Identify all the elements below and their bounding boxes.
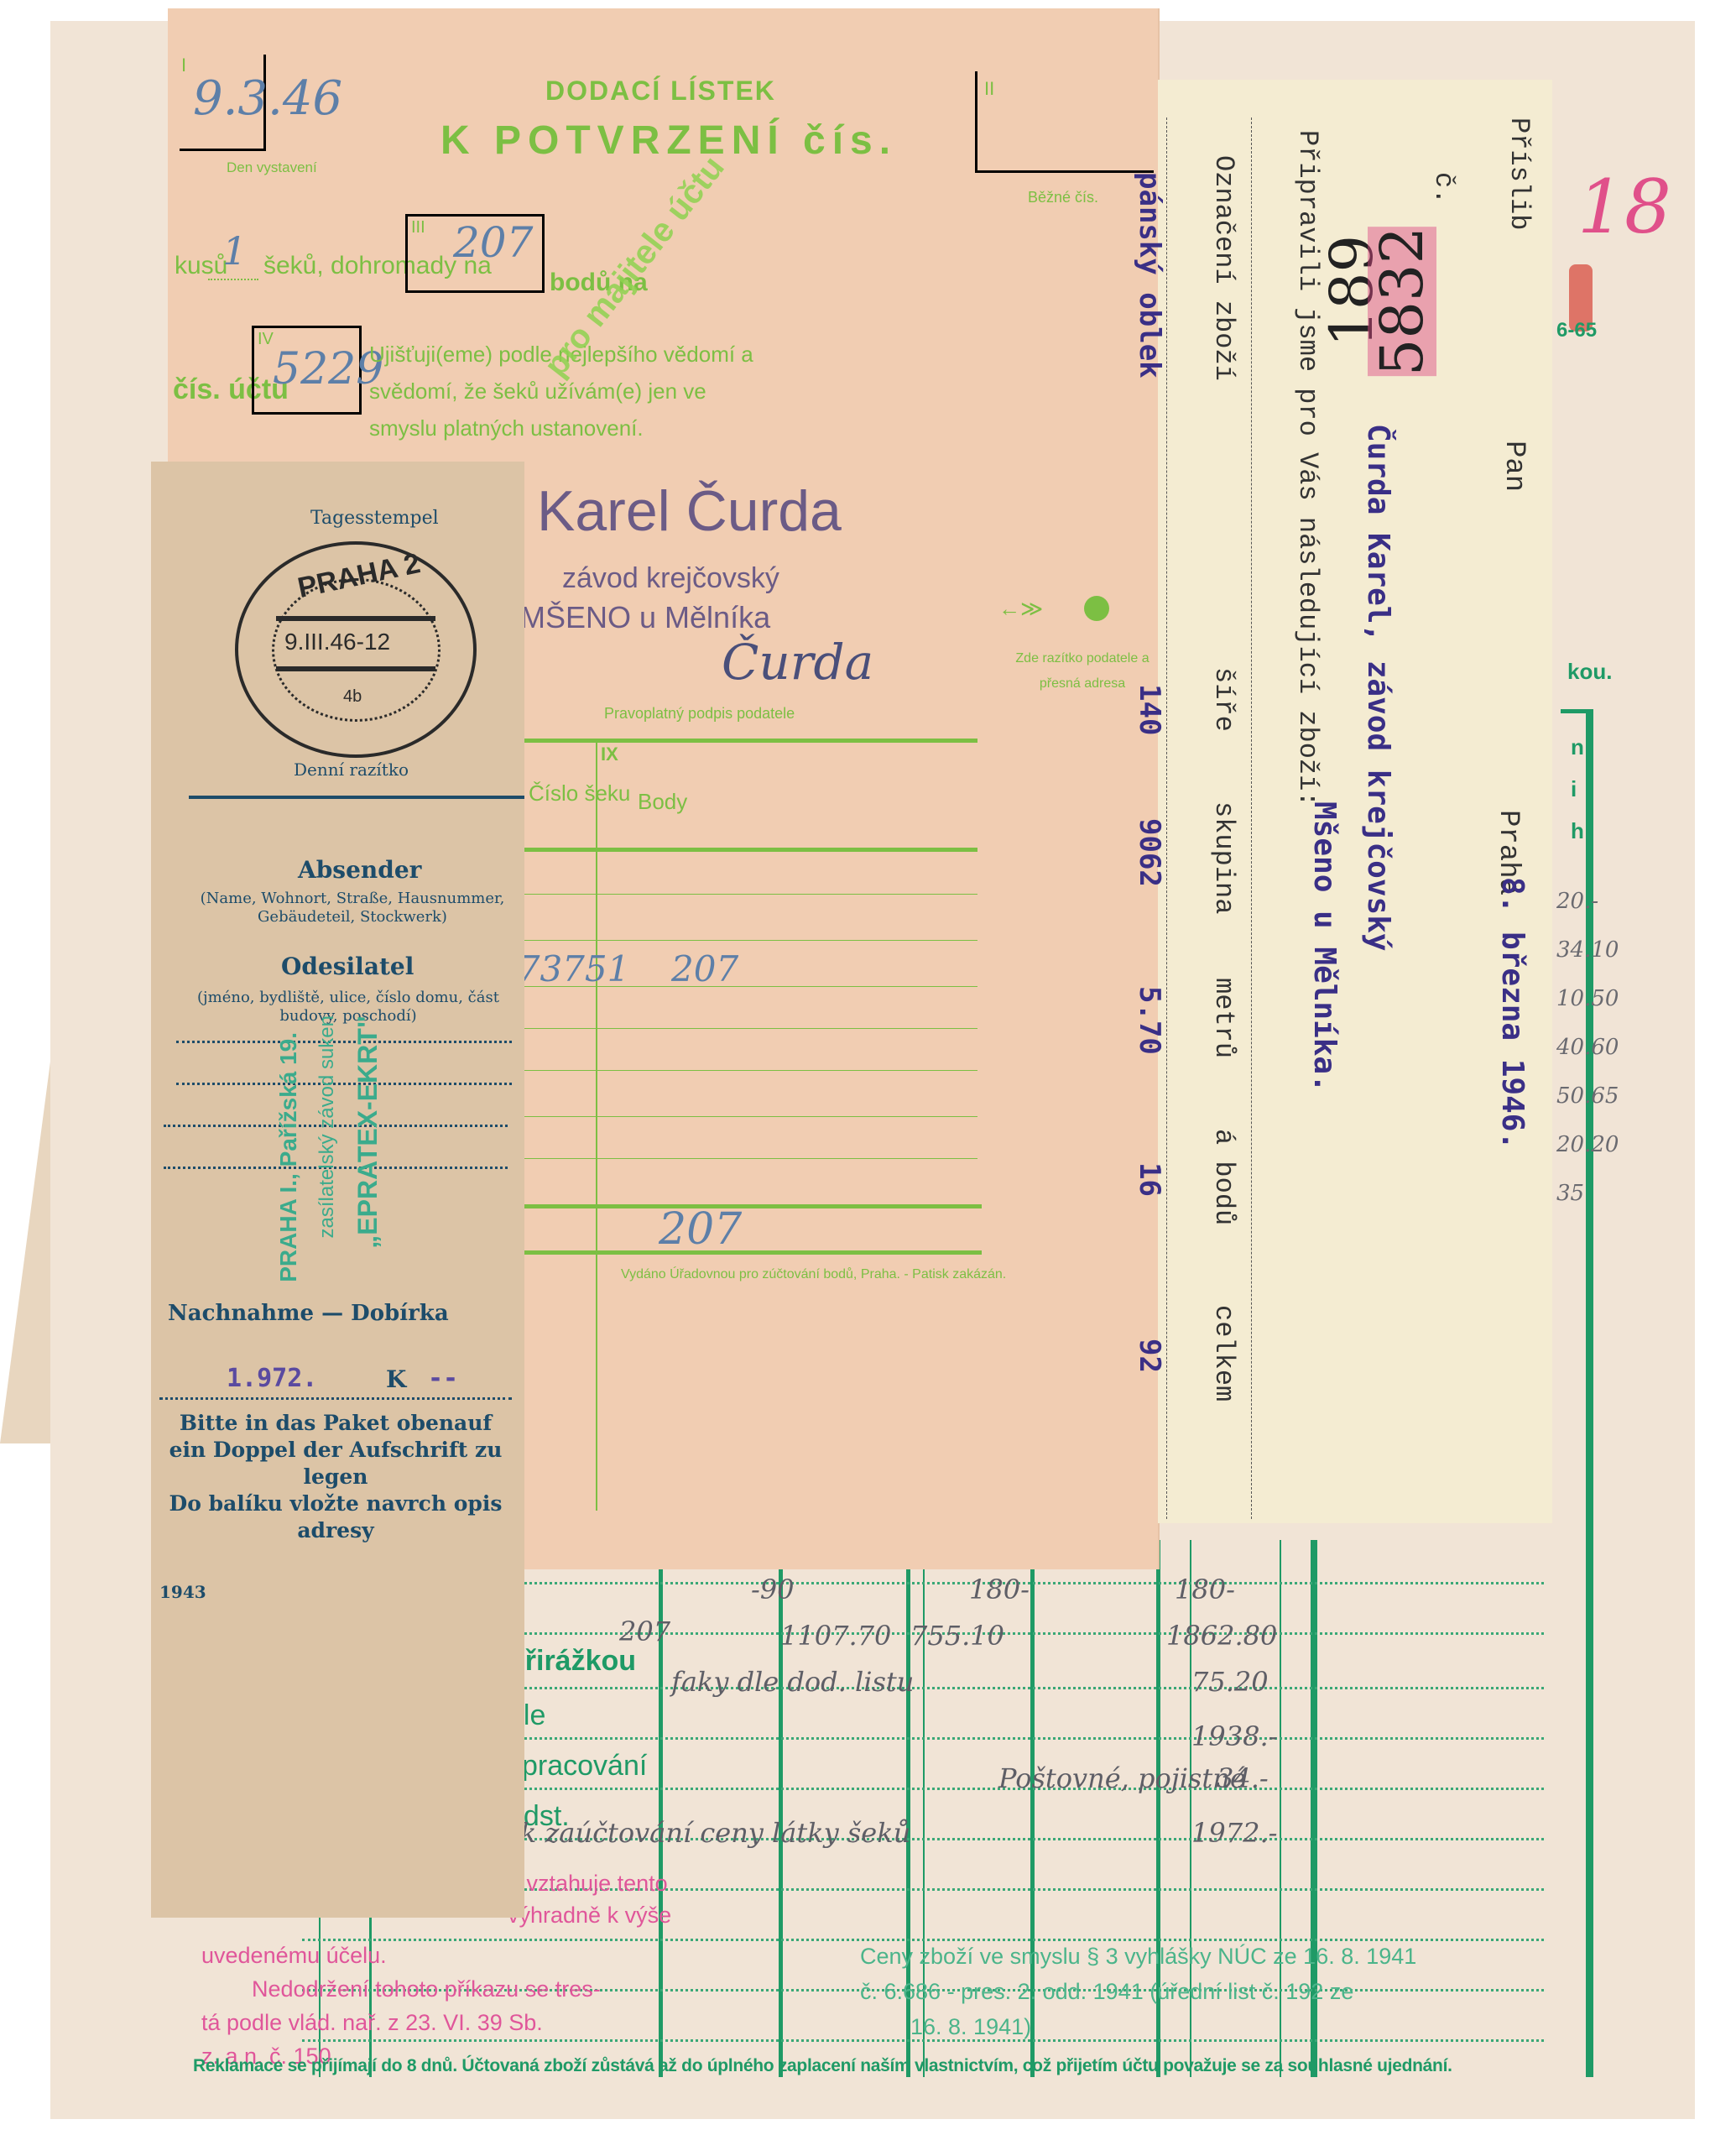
pencil-entry: 180- <box>1175 1574 1235 1605</box>
label-kou: kou. <box>1567 659 1612 685</box>
cod-label: Nachnahme — Dobírka <box>168 1301 449 1326</box>
col-header: i <box>1571 776 1577 802</box>
pieces-label: kusů <box>175 252 227 280</box>
odesilatel-label: Odesilatel <box>281 953 414 980</box>
postmark-date: 9.III.46-12 <box>284 629 390 655</box>
pieces-value: 1 <box>222 228 247 274</box>
absender-hint: (Name, Wohnort, Straße, Hausnummer, Gebä… <box>185 890 520 927</box>
col9-roman: IX <box>601 744 618 765</box>
pink-notice: e vztahuje tento výhradně k výše <box>508 1867 671 1931</box>
pencil-entry: Poštovné, pojistné <box>998 1762 1246 1794</box>
promise-date: 8. března 1946. <box>1495 877 1530 1150</box>
table-header: metrů <box>1208 978 1239 1058</box>
running-number-box: II <box>975 71 1154 173</box>
pencil-entry: -90 <box>751 1574 795 1605</box>
table-header: á bodů <box>1208 1129 1239 1225</box>
owner-stamp-trade: závod krejčovský <box>562 562 779 595</box>
promise-note: Příslib č. 189 5832 Pan Čurda Karel, záv… <box>1158 80 1552 1523</box>
slip-title: DODACÍ LÍSTEK <box>545 76 776 107</box>
running-number-label: Běžné čís. <box>1028 189 1098 206</box>
pencil-entry: 1938.- <box>1191 1720 1277 1752</box>
account-number: 5229 <box>273 344 383 394</box>
pencil-amount: 34.10 <box>1556 926 1607 974</box>
promise-number-label: č. <box>1428 172 1459 204</box>
slip-footer: Vydáno Úřadovnou pro zúčtování bodů, Pra… <box>621 1267 1006 1282</box>
pencil-entry: faky dle dod. listu <box>671 1666 914 1698</box>
owner-stamp-name: Karel Čurda <box>537 478 842 544</box>
table-cell: 140 <box>1133 684 1166 735</box>
pink-notice-2: uvedenému účelu. Nedodržení tohoto příka… <box>201 1939 601 2073</box>
tagesstempel-label: Tagesstempel <box>310 508 439 529</box>
table-cell: pánský oblek <box>1133 172 1166 378</box>
pencil-entry: 75.20 <box>1191 1666 1269 1698</box>
pencil-entry: 207 <box>619 1616 670 1647</box>
owner-stamp-town: MŠENO u Mělníka <box>520 600 770 635</box>
absender-label: Absender <box>298 856 421 884</box>
pan-label: Pan <box>1498 441 1530 492</box>
col-header: h <box>1571 818 1584 844</box>
addressee-town: Mšeno u Mělníka. <box>1307 801 1342 1093</box>
pencil-entry: 180- <box>969 1574 1030 1605</box>
table-cell: 16 <box>1133 1162 1166 1197</box>
table-cell: 5.70 <box>1133 986 1166 1055</box>
cod-unit: K <box>386 1365 406 1393</box>
promise-title: Příslib <box>1504 117 1535 230</box>
pencil-entry: 1862.80 <box>1166 1620 1277 1652</box>
postmark-code: 4b <box>343 687 362 707</box>
table-header: skupina <box>1208 801 1239 914</box>
price-regulation-note: Ceny zboží ve smyslu § 3 vyhlášky NÚC ze… <box>860 1939 1416 2044</box>
print-year: 1943 <box>159 1582 206 1602</box>
order-code: 6-65 <box>1556 319 1597 342</box>
col-header: n <box>1571 734 1584 760</box>
pencil-number: 18 <box>1577 164 1671 250</box>
col8-header: Číslo šeku <box>529 780 630 806</box>
pencil-entry: 755.10 <box>910 1620 1004 1652</box>
col9-header: Body <box>638 789 687 815</box>
promise-intro: Připravili jsme pro Vás následující zbož… <box>1292 130 1323 807</box>
arrow-left-icon: ←≫ <box>998 596 1043 622</box>
sender-stamp-address: PRAHA I., Pařížská 19. <box>275 1032 302 1282</box>
points-value: 207 <box>453 218 533 267</box>
cod-amount: 1.972. <box>227 1364 317 1393</box>
pencil-amount: 35 <box>1556 1169 1607 1218</box>
odesilatel-hint: (jméno, bydliště, ulice, číslo domu, čás… <box>176 989 520 1026</box>
table-cell: 9062 <box>1133 818 1166 887</box>
table-header: celkem <box>1208 1305 1239 1402</box>
instructions-de: Bitte in das Paket obenauf ein Doppel de… <box>159 1410 512 1490</box>
pencil-amount: 20.20 <box>1556 1120 1607 1169</box>
row-label: spracování <box>508 1750 647 1783</box>
row-points: 207 <box>671 948 738 989</box>
table-cell: 92 <box>1133 1339 1166 1373</box>
issue-date-label: Den vystavení <box>227 159 317 176</box>
sender-stamp-firm: „EPRATEX-EKRT" <box>352 1015 383 1249</box>
sender-stamp-type: zasílatelský závod suken <box>315 1015 339 1238</box>
pencil-amount: 10.50 <box>1556 974 1607 1023</box>
invoice-footer: Reklamace se přijímají do 8 dnů. Účtovan… <box>193 2056 1452 2076</box>
addressee: Čurda Karel, závod krejčovský <box>1361 424 1395 952</box>
cod-cents: -- <box>428 1364 458 1393</box>
slip-subtitle: K POTVRZENÍ čís. <box>441 117 897 164</box>
promise-number-red: 5832 <box>1368 227 1436 376</box>
pencil-amount: 50.65 <box>1556 1072 1607 1120</box>
table-header: Označení zboží <box>1208 155 1239 381</box>
denni-razitko-label: Denní razítko <box>294 760 409 780</box>
pencil-entry: 1107.70 <box>780 1620 891 1652</box>
pencil-amount: 20.- <box>1556 877 1607 926</box>
parcel-label: Tagesstempel PRAHA 2 9.III.46-12 4b Denn… <box>151 462 524 1918</box>
signature: Čurda <box>722 634 873 691</box>
pencil-entry: k zaúčtování ceny látky šeků <box>520 1817 910 1849</box>
pencil-entry: 34.- <box>1217 1762 1269 1794</box>
pencil-entry: 1972.- <box>1191 1817 1277 1849</box>
dot-icon <box>1084 596 1109 621</box>
pencil-amount: 40.60 <box>1556 1023 1607 1072</box>
issue-date: 9.3.46 <box>193 71 342 126</box>
row-label: přirážkou <box>508 1645 636 1678</box>
table-header: šíře <box>1208 667 1239 732</box>
instructions-cz: Do balíku vložte navrch opis adresy <box>159 1490 512 1544</box>
postmark: PRAHA 2 9.III.46-12 4b <box>235 541 477 758</box>
total-points: 207 <box>659 1204 742 1255</box>
signature-label: Pravoplatný podpis podatele <box>604 705 795 723</box>
